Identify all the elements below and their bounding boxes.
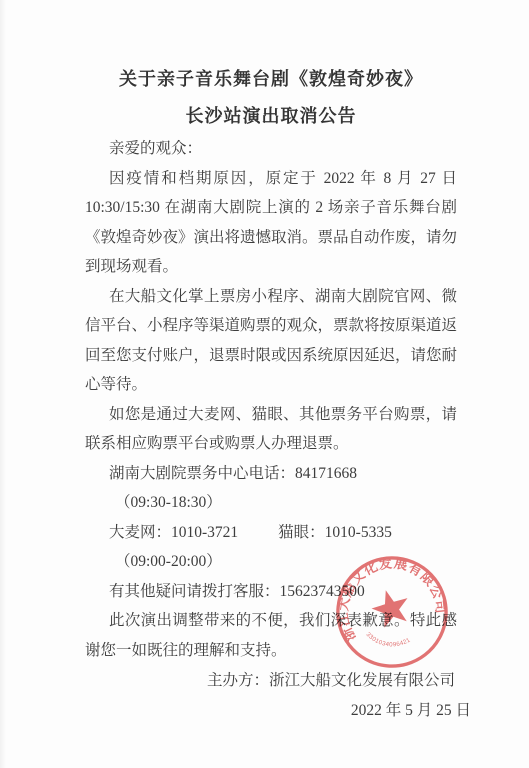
contact-platform-line: 大麦网：1010-3721猫眼：1010-5335 xyxy=(85,518,457,548)
notice-body: 关于亲子音乐舞台剧《敦煌奇妙夜》 长沙站演出取消公告 亲爱的观众： 因疫情和档期… xyxy=(0,0,529,725)
paragraph-third-party: 如您是通过大麦网、猫眼、其他票务平台购票，请联系相应购票平台或购票人办理退票。 xyxy=(85,400,457,459)
paragraph-apology: 此次演出调整带来的不便，我们深表歉意。特此感谢您一如既往的理解和支持。 xyxy=(85,606,457,665)
salutation: 亲爱的观众： xyxy=(85,134,457,164)
contact-maoyan-phone: 猫眼：1010-5335 xyxy=(278,524,392,541)
signature-date: 2022 年 5 月 25 日 xyxy=(85,696,471,726)
signature-block: 主办方：浙江大船文化发展有限公司 2022 年 5 月 25 日 xyxy=(85,666,457,725)
paragraph-cancellation: 因疫情和档期原因，原定于 2022 年 8 月 27 日 10:30/15:30… xyxy=(85,164,457,282)
notice-page: 关于亲子音乐舞台剧《敦煌奇妙夜》 长沙站演出取消公告 亲爱的观众： 因疫情和档期… xyxy=(0,0,529,768)
notice-subtitle: 长沙站演出取消公告 xyxy=(85,103,457,129)
contact-theatre-hours: （09:30-18:30） xyxy=(85,488,457,518)
notice-title: 关于亲子音乐舞台剧《敦煌奇妙夜》 xyxy=(85,66,457,92)
paragraph-refund-channels: 在大船文化掌上票房小程序、湖南大剧院官网、微信平台、小程序等渠道购票的观众，票款… xyxy=(85,282,457,400)
signature-organizer: 主办方：浙江大船文化发展有限公司 xyxy=(85,666,455,696)
contact-damai-phone: 大麦网：1010-3721 xyxy=(109,524,238,541)
contact-platform-hours: （09:00-20:00） xyxy=(85,547,457,577)
contact-theatre-phone: 湖南大剧院票务中心电话：84171668 xyxy=(85,459,457,489)
contact-other-service: 有其他疑问请拨打客服：15623743500 xyxy=(85,577,457,607)
